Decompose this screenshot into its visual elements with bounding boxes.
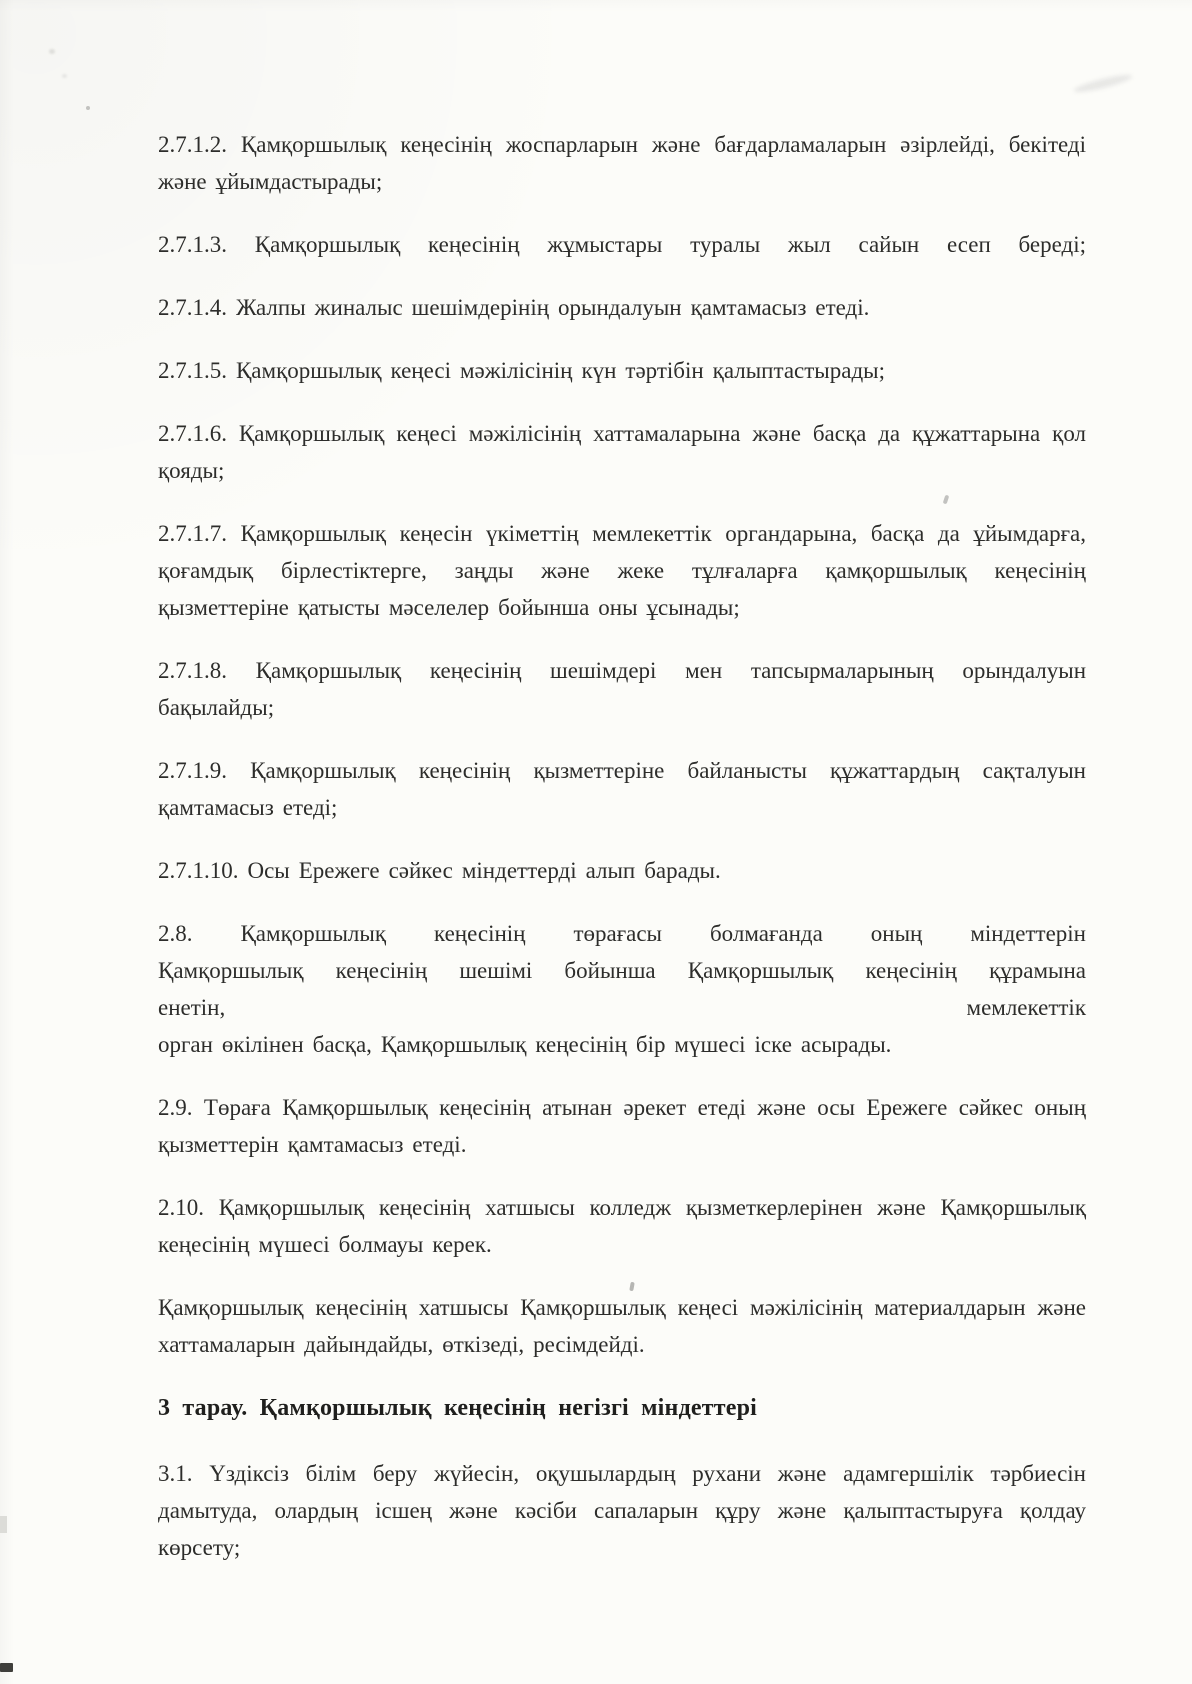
scan-corner-mark (0, 1663, 13, 1672)
scan-smudge-top-right (1073, 72, 1133, 95)
paragraph-2-7-1-9: 2.7.1.9. Қамқоршылық кеңесінің қызметтер… (158, 752, 1086, 826)
paragraph-2-8-line-3-left-word: енетін, (158, 989, 225, 1026)
paragraph-2-8-line-2: Қамқоршылық кеңесінің шешімі бойынша Қам… (158, 952, 1086, 989)
paragraph-2-9: 2.9. Төраға Қамқоршылық кеңесінің атынан… (158, 1089, 1086, 1163)
document-body: 2.7.1.2. Қамқоршылық кеңесінің жоспарлар… (158, 126, 1086, 1592)
paragraph-2-8: 2.8. Қамқоршылық кеңесінің төрағасы болм… (158, 915, 1086, 1063)
scan-speck (49, 49, 55, 54)
paragraph-2-8-line-1: 2.8. Қамқоршылық кеңесінің төрағасы болм… (158, 915, 1086, 952)
paragraph-2-7-1-4: 2.7.1.4. Жалпы жиналыс шешімдерінің орын… (158, 289, 1086, 326)
paragraph-2-7-1-8: 2.7.1.8. Қамқоршылық кеңесінің шешімдері… (158, 652, 1086, 726)
paragraph-secretary-duties: Қамқоршылық кеңесінің хатшысы Қамқоршылы… (158, 1289, 1086, 1363)
paragraph-2-7-1-2: 2.7.1.2. Қамқоршылық кеңесінің жоспарлар… (158, 126, 1086, 200)
paragraph-2-8-line-4: орган өкілінен басқа, Қамқоршылық кеңесі… (158, 1026, 1086, 1063)
paragraph-2-8-line-3: енетін, мемлекеттік (158, 989, 1086, 1026)
paragraph-2-7-1-10: 2.7.1.10. Осы Ережеге сәйкес міндеттерді… (158, 852, 1086, 889)
paragraph-2-7-1-3: 2.7.1.3. Қамқоршылық кеңесінің жұмыстары… (158, 226, 1086, 263)
paragraph-2-8-line-3-right-word: мемлекеттік (967, 989, 1086, 1026)
scan-speck (86, 106, 90, 110)
scan-speck (62, 74, 67, 78)
paragraph-3-1: 3.1. Үздіксіз білім беру жүйесін, оқушыл… (158, 1455, 1086, 1566)
paragraph-2-10: 2.10. Қамқоршылық кеңесінің хатшысы колл… (158, 1189, 1086, 1263)
chapter-3-heading: 3 тарау. Қамқоршылық кеңесінің негізгі м… (158, 1389, 1086, 1427)
scanned-document-page: 2.7.1.2. Қамқоршылық кеңесінің жоспарлар… (0, 0, 1192, 1684)
scan-edge-mark (0, 1516, 7, 1533)
paragraph-2-7-1-5: 2.7.1.5. Қамқоршылық кеңесі мәжілісінің … (158, 352, 1086, 389)
paragraph-2-7-1-7: 2.7.1.7. Қамқоршылық кеңесін үкіметтің м… (158, 515, 1086, 626)
paragraph-2-7-1-6: 2.7.1.6. Қамқоршылық кеңесі мәжілісінің … (158, 415, 1086, 489)
